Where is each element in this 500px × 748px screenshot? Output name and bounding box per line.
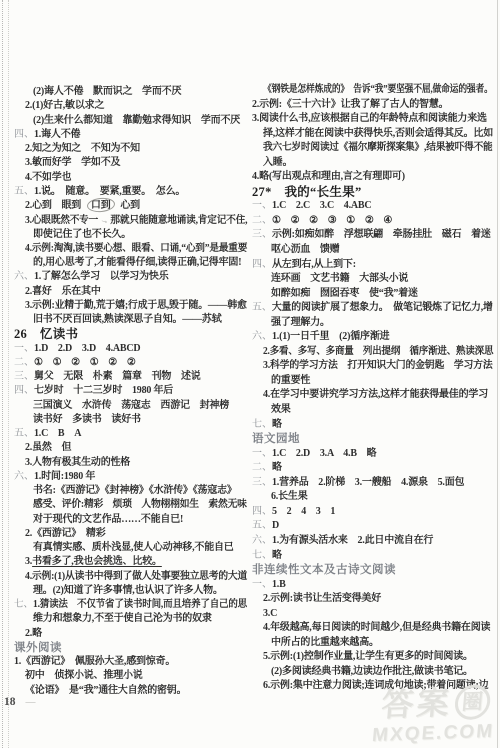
answer-line: 三国演义 水浒传 荡寇志 西游记 封神榜 — [33, 399, 247, 413]
answer-line: 6.长生果 — [271, 490, 493, 505]
section-heading: 26 忆读书 — [14, 327, 247, 341]
answer-line: 2.(1)好古,敏以求之 — [25, 99, 247, 113]
answer-line: 三、1.营养品 2.阶梯 3.一艘船 4.源泉 5.面包 — [252, 476, 493, 491]
answer-line: 1.《西游记》 佩服孙大圣,感到惊奇。 — [14, 655, 247, 669]
answer-line: 4.示例:(1)从读书中得到了做人处事要独立思考的大道 — [25, 570, 242, 584]
answer-line: 择,这样才能在阅读中获得快乐,否则会适得其反。比如 — [263, 127, 493, 142]
answer-line: 一、1.C 2.C 3.C 4.ABC — [252, 199, 493, 214]
section-heading: 语文园地 — [252, 432, 493, 447]
answer-line: 如醉如痴 囫囵吞枣 使“我”着迷 — [271, 287, 493, 302]
answer-line: 五、大量的阅读扩展了想象力。 做笔记锻炼了记忆力,增 — [252, 301, 491, 316]
answer-line: 初中 侦探小说、推理小说 — [25, 669, 247, 683]
answer-line: 2.多看、多写、多商量 列出提纲 循序渐进、熟读深思 — [263, 345, 482, 360]
answer-line: 3.科学的学习方法 打开知识大门的金钥匙 学习方法 — [263, 359, 490, 374]
answer-line: 连环画 文艺书籍 大部头小说 — [271, 272, 493, 287]
answer-line: 2.示例:《三十六计》让我了解了古人的智慧。 — [252, 98, 493, 113]
answer-line: 六、1.为有源头活水来 2.此日中流自在行 — [252, 534, 493, 549]
page-spine-line — [2, 0, 9, 748]
pencil-arrow-annotation: → — [98, 212, 110, 228]
section-marker: 六、 — [252, 331, 272, 342]
section-marker: 三、 — [14, 371, 34, 382]
answer-line: 三、示例:如痴如醉 浮想联翩 牵肠挂肚 磁石 着迷 — [252, 228, 493, 243]
watermark-circle-badge: 圈 — [454, 684, 492, 720]
answer-line: 4.年级越高,每日阅读的时间越少,但是经典书籍在阅读 — [263, 621, 493, 636]
answer-line: 七、略 — [252, 418, 493, 433]
page-number-dash: — — [26, 697, 36, 708]
answer-line: 3.C — [263, 607, 493, 622]
answer-line: 五、1.C B A — [14, 427, 247, 441]
section-heading: 27* 我的“长生果” — [252, 185, 493, 200]
answer-line: 二、① ① ② ① ② ② — [14, 356, 247, 370]
answer-line: 强了理解力。 — [271, 316, 493, 331]
section-marker: 六、 — [14, 271, 34, 282]
page-edge-line — [497, 0, 498, 748]
section-marker: 二、 — [14, 357, 34, 368]
answer-line: 四、5 2 4 3 1 — [252, 505, 493, 520]
answer-line: 维力和想象力,不至于使自己沦为书的奴隶 — [33, 612, 247, 626]
answer-line: 旧书不厌百回读,熟读深思子自知。——苏轼 — [33, 313, 247, 327]
section-marker: 四、 — [252, 259, 272, 270]
left-column: (2)诲人不倦 默而识之 学而不厌2.(1)好古,敏以求之(2)生来什么都知道 … — [14, 85, 247, 698]
answer-line: 2.虽然 但 — [25, 441, 247, 455]
section-marker: 一、 — [252, 448, 272, 459]
section-marker: 七、 — [252, 419, 272, 430]
answer-line: 2.心到 眼到 口到 心到 — [25, 199, 247, 213]
answer-line: (2)生来什么都知道 靠勤勉求得知识 学而不厌 — [33, 114, 247, 128]
answer-line: 对于现代的文艺作品……不能自已! — [33, 513, 247, 527]
answer-line: 3.阅读什么书,应该根据自己的年龄特点和阅读能力来选 — [252, 112, 493, 127]
answer-line: 一、1.B — [252, 578, 493, 593]
page-number-value: 18 — [4, 696, 16, 708]
answer-line: (2)多阅读经典书籍,边读边作批注,做读书笔记。 — [271, 665, 493, 680]
answer-line: 四、七岁时 十二三岁时 1980 年后 — [14, 384, 247, 398]
answer-line: 六、1.了解怎么学习 以学习为快乐 — [14, 270, 247, 284]
answer-line: 四、1.诲人不倦 — [14, 128, 247, 142]
answer-line: 效果 — [271, 403, 493, 418]
right-column: 《钢铁是怎样炼成的》 告诉“我”要坚强不屈,做命运的强者。2.示例:《三十六计》… — [252, 83, 493, 694]
section-heading: 非连续性文本及古诗文阅读 — [252, 563, 493, 578]
watermark: 答案圈 MXQE.COM — [372, 684, 499, 745]
answer-line: 一、1.D 2.D 3.D 4.ABCD — [14, 342, 247, 356]
answer-line: 七、1.猜读法 不仅节省了读书时间,而且培养了自己的思 — [14, 598, 236, 612]
answer-line: 呕心沥血 馈赠 — [271, 243, 493, 258]
answer-line: 五、1.说。 随意。 要紧,重要。 怎么。 — [14, 185, 247, 199]
section-marker: 三、 — [252, 229, 272, 240]
answer-line: 3.人物有极其生动的性格 — [25, 456, 247, 470]
answer-line: 4.在学习中要讲究学习方法,这样才能获得最佳的学习 — [263, 388, 493, 403]
answer-line: 的,用心思考了,才能看得仔细,读得正确,记得牢固! — [33, 256, 247, 270]
answer-line: 四、从左到右,从上到下: — [252, 258, 493, 273]
answer-line: 读书好 多读书 读好书 — [33, 413, 247, 427]
answer-line: 即使记住了也不长久。 — [33, 228, 247, 242]
answer-line: 有真情实感、质朴浅显,使人心动神移,不能自已 — [33, 541, 247, 555]
answer-line: 《钢铁是怎样炼成的》 告诉“我”要坚强不屈,做命运的强者。 — [263, 83, 465, 98]
section-marker: 二、 — [252, 462, 272, 473]
answer-line: 理。(2)知道了许多事情,也认识了许多人物。 — [33, 584, 247, 598]
section-marker: 五、 — [14, 428, 34, 439]
answer-line: 3.心眼既然不专一→那就只能随意地诵读,肯定记不住, — [25, 213, 239, 227]
section-marker: 四、 — [252, 506, 272, 517]
section-marker: 二、 — [252, 215, 272, 226]
section-marker: 七、 — [14, 599, 33, 610]
section-marker: 六、 — [252, 535, 272, 546]
watermark-logo-text: 答案 — [380, 684, 453, 722]
section-marker: 六、 — [14, 471, 34, 482]
answer-book-page: (2)诲人不倦 默而识之 学而不厌2.(1)好古,敏以求之(2)生来什么都知道 … — [0, 0, 500, 748]
section-marker: 七、 — [252, 550, 272, 561]
answer-line: 4.不如学也 — [25, 171, 247, 185]
underlined-answer: 书看多了,我也会挑选、比较。 — [32, 556, 162, 567]
answer-line: 二、略 — [252, 461, 493, 476]
answer-line: 《论语》 是“我”通往大自然的密钥。 — [25, 684, 247, 698]
section-heading: 课外阅读 — [14, 641, 247, 655]
answer-line: 的重要性 — [271, 374, 493, 389]
section-marker: 三、 — [252, 477, 272, 488]
answer-line: 3.敏而好学 学如不及 — [25, 156, 247, 170]
answer-line: 5.示例:(1)控制作业量,让学生有更多的时间阅读。 — [263, 650, 493, 665]
answer-line: 我六七岁时阅读过《福尔摩斯探案集》,结果被吓得不能 — [263, 141, 485, 156]
answer-line: 五、D — [252, 519, 493, 534]
section-marker: 四、 — [14, 129, 34, 140]
answer-line: 感受、评价:精彩 烦琐 人物栩栩如生 索然无味 — [33, 498, 242, 512]
answer-line: 书名:《西游记》《封神榜》《水浒传》《荡寇志》 — [33, 484, 247, 498]
answer-line: 2.略 — [25, 627, 247, 641]
answer-line: 二、① ② ② ③ ① ② ④ — [252, 214, 493, 229]
answer-line: 2.知之为知之 不知为不知 — [25, 142, 247, 156]
section-marker: 四、 — [14, 385, 34, 396]
answer-line: 入睡。 — [263, 156, 493, 171]
answer-line: 2.喜好 乐在其中 — [25, 285, 247, 299]
answer-line: 2.《西游记》 精彩 — [25, 527, 247, 541]
answer-line: 六、1.时间:1980 年 — [14, 470, 247, 484]
answer-line: 三、舅父 无限 朴素 篇章 刊物 述说 — [14, 370, 247, 384]
answer-line: 3.示例:业精于勤,荒于嬉;行成于思,毁于随。——韩愈 — [25, 299, 245, 313]
pencil-circle-annotation: 口到 — [91, 200, 111, 211]
answer-line: 一、1.C 2.D 3.A 4.B 略 — [252, 447, 493, 462]
page-number: 18— — [4, 696, 36, 708]
answer-line: 4.略(写出观点和理由,言之有理即可) — [252, 170, 493, 185]
section-marker: 一、 — [14, 343, 34, 354]
watermark-url: MXQE.COM — [372, 722, 496, 745]
answer-line: 3.书看多了,我也会挑选、比较。 — [25, 555, 247, 569]
section-marker: 五、 — [252, 302, 272, 313]
answer-line: 六、1.(1)一日千里 (2)循序渐进 — [252, 330, 493, 345]
answer-line: 七、略 — [252, 549, 493, 564]
section-marker: 五、 — [14, 186, 34, 197]
section-marker: 五、 — [252, 520, 272, 531]
answer-line: (2)诲人不倦 默而识之 学而不厌 — [33, 85, 247, 99]
answer-line: 4.示例:淘淘,读书要心想、眼看、口诵,“心到”是最重要 — [25, 242, 239, 256]
answer-line: 2.示例:读书让生活变得美好 — [263, 592, 493, 607]
section-marker: 一、 — [252, 579, 272, 590]
watermark-logo: 答案圈 — [374, 684, 499, 723]
answer-line: 中所占的比重越来越高。 — [271, 636, 493, 651]
section-marker: 一、 — [252, 200, 272, 211]
